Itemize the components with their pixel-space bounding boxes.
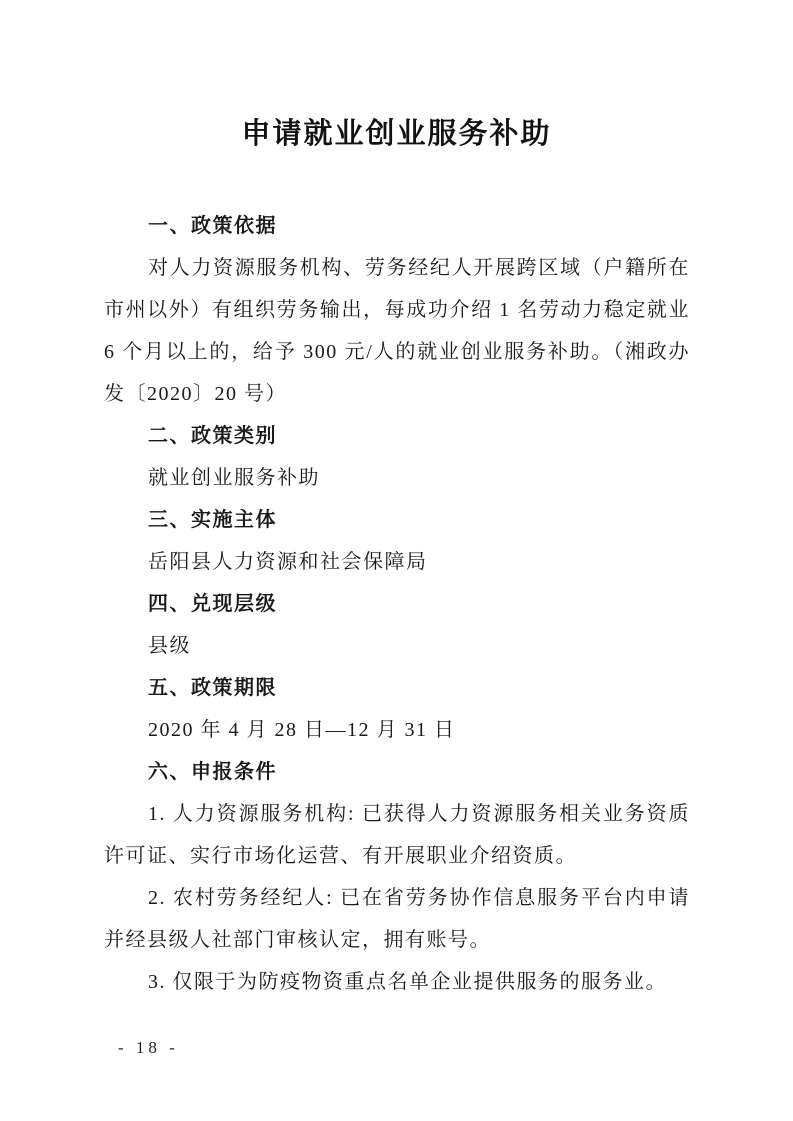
- paragraph: 就业创业服务补助: [104, 457, 690, 499]
- section-heading: 五、政策期限: [104, 667, 690, 709]
- section-policy-period: 五、政策期限 2020 年 4 月 28 日—12 月 31 日: [104, 667, 690, 751]
- section-heading: 三、实施主体: [104, 499, 690, 541]
- document-page: 申请就业创业服务补助 一、政策依据 对人力资源服务机构、劳务经纪人开展跨区域（户…: [0, 0, 793, 1121]
- section-application-conditions: 六、申报条件 1. 人力资源服务机构: 已获得人力资源服务相关业务资质许可证、实…: [104, 751, 690, 1003]
- paragraph: 岳阳县人力资源和社会保障局: [104, 541, 690, 583]
- section-heading: 一、政策依据: [104, 205, 690, 247]
- section-heading: 四、兑现层级: [104, 583, 690, 625]
- section-policy-basis: 一、政策依据 对人力资源服务机构、劳务经纪人开展跨区域（户籍所在市州以外）有组织…: [104, 205, 690, 415]
- document-title: 申请就业创业服务补助: [0, 112, 793, 156]
- paragraph: 2. 农村劳务经纪人: 已在省劳务协作信息服务平台内申请并经县级人社部门审核认定…: [104, 877, 690, 961]
- paragraph: 县级: [104, 625, 690, 667]
- paragraph: 1. 人力资源服务机构: 已获得人力资源服务相关业务资质许可证、实行市场化运营、…: [104, 793, 690, 877]
- document-body: 一、政策依据 对人力资源服务机构、劳务经纪人开展跨区域（户籍所在市州以外）有组织…: [104, 205, 690, 1003]
- paragraph: 对人力资源服务机构、劳务经纪人开展跨区域（户籍所在市州以外）有组织劳务输出，每成…: [104, 247, 690, 415]
- section-implementing-body: 三、实施主体 岳阳县人力资源和社会保障局: [104, 499, 690, 583]
- section-policy-category: 二、政策类别 就业创业服务补助: [104, 415, 690, 499]
- paragraph: 2020 年 4 月 28 日—12 月 31 日: [104, 709, 690, 751]
- page-number: - 18 -: [118, 1038, 179, 1058]
- section-heading: 六、申报条件: [104, 751, 690, 793]
- section-heading: 二、政策类别: [104, 415, 690, 457]
- paragraph: 3. 仅限于为防疫物资重点名单企业提供服务的服务业。: [104, 961, 690, 1003]
- section-fulfillment-level: 四、兑现层级 县级: [104, 583, 690, 667]
